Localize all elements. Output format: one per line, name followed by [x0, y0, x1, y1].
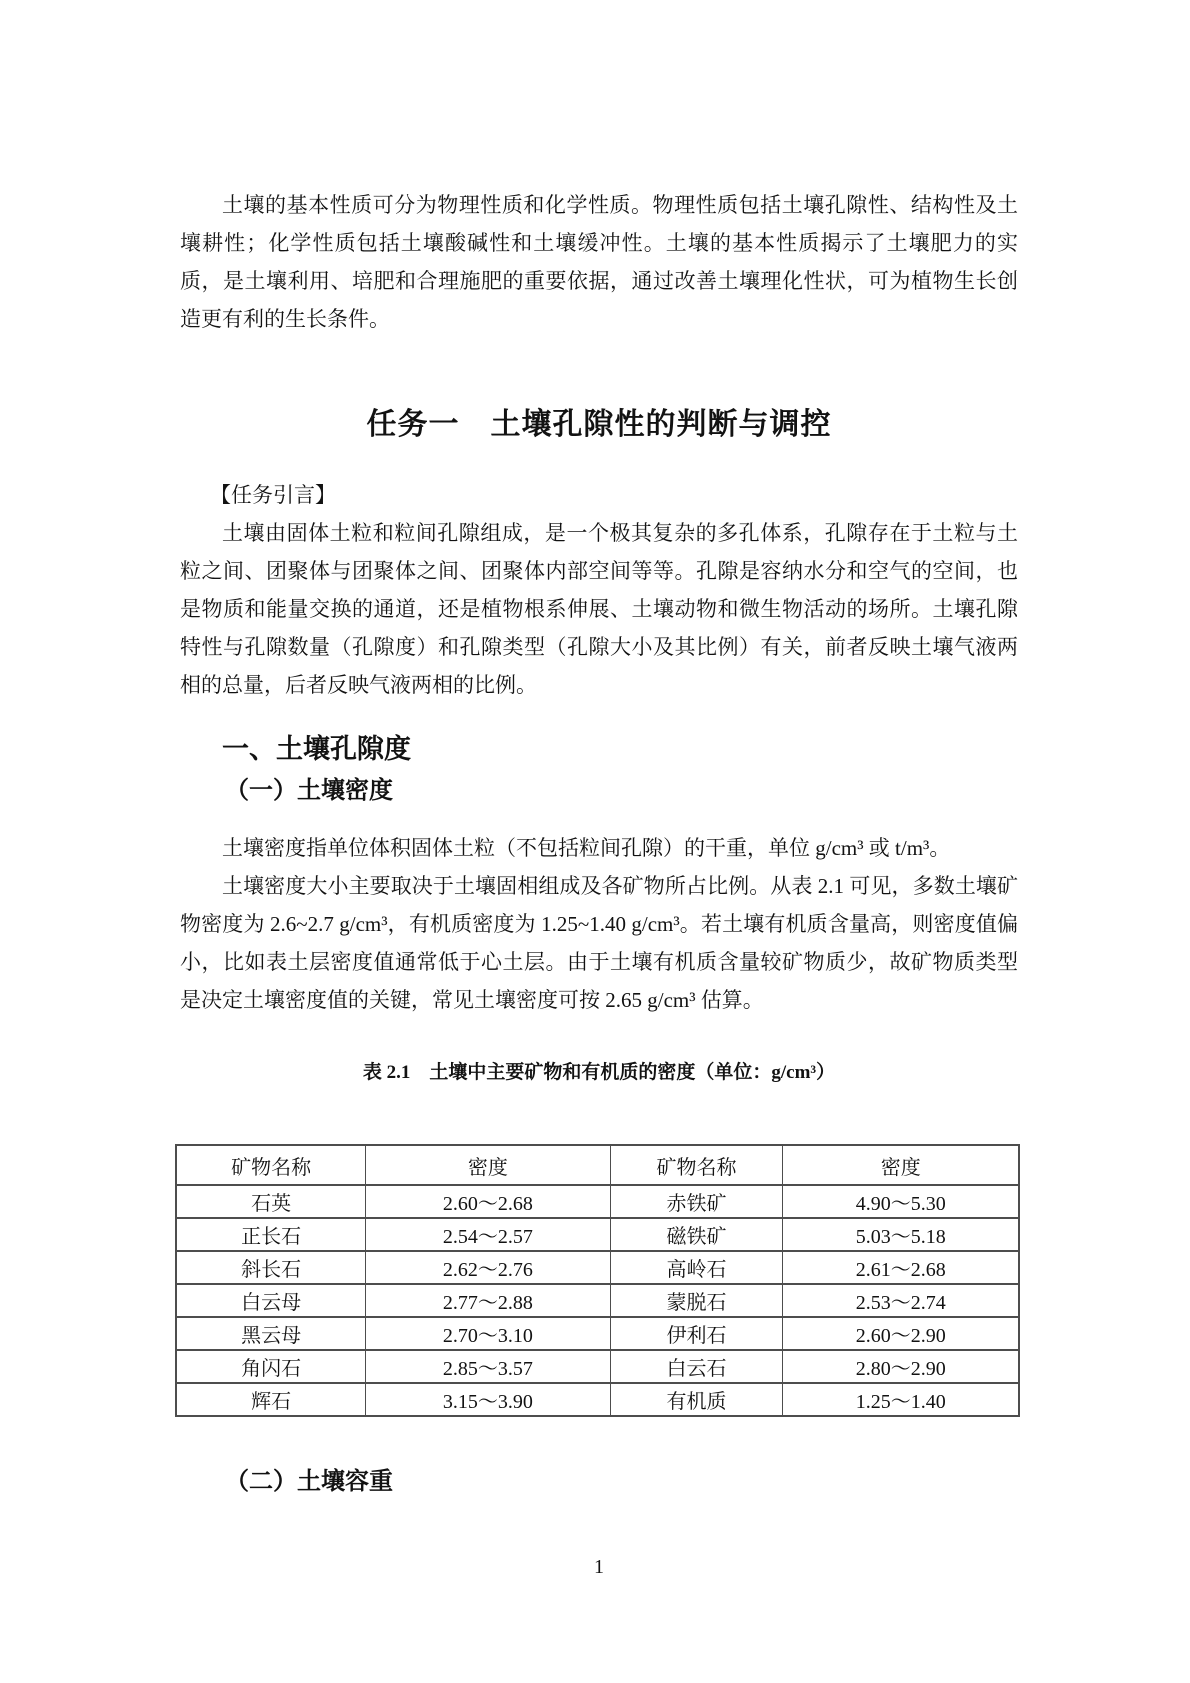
table-cell: 3.15～3.90: [366, 1383, 610, 1416]
table-cell: 有机质: [610, 1383, 783, 1416]
table-cell: 斜长石: [176, 1251, 366, 1284]
table-cell: 2.62～2.76: [366, 1251, 610, 1284]
table-cell: 2.60～2.68: [366, 1185, 610, 1218]
header-mineral-name-2: 矿物名称: [610, 1145, 783, 1185]
intro-paragraph: 土壤的基本性质可分为物理性质和化学性质。物理性质包括土壤孔隙性、结构性及土壤耕性…: [180, 186, 1018, 338]
header-density-2: 密度: [783, 1145, 1019, 1185]
table-cell: 2.60～2.90: [783, 1317, 1019, 1350]
table-cell: 2.53～2.74: [783, 1284, 1019, 1317]
task-title: 任务一 土壤孔隙性的判断与调控: [180, 400, 1018, 450]
minerals-density-table: 矿物名称 密度 矿物名称 密度 石英 2.60～2.68 赤铁矿 4.90～5.…: [175, 1144, 1020, 1417]
section-heading-porosity: 一、土壤孔隙度: [222, 727, 1018, 771]
density-detail-paragraph: 土壤密度大小主要取决于土壤固相组成及各矿物所占比例。从表 2.1 可见，多数土壤…: [180, 867, 1018, 1019]
task-intro-label: 【任务引言】: [210, 476, 1018, 514]
table-row: 石英 2.60～2.68 赤铁矿 4.90～5.30: [176, 1185, 1019, 1218]
table-cell: 1.25～1.40: [783, 1383, 1019, 1416]
page-number: 1: [180, 1552, 1018, 1582]
table-cell: 赤铁矿: [610, 1185, 783, 1218]
table-cell: 正长石: [176, 1218, 366, 1251]
table-cell: 角闪石: [176, 1350, 366, 1383]
table-cell: 2.61～2.68: [783, 1251, 1019, 1284]
table-cell: 白云母: [176, 1284, 366, 1317]
table-row: 正长石 2.54～2.57 磁铁矿 5.03～5.18: [176, 1218, 1019, 1251]
header-mineral-name-1: 矿物名称: [176, 1145, 366, 1185]
table-row: 角闪石 2.85～3.57 白云石 2.80～2.90: [176, 1350, 1019, 1383]
table-caption: 表 2.1 土壤中主要矿物和有机质的密度（单位：g/cm³）: [180, 1054, 1018, 1092]
table-cell: 4.90～5.30: [783, 1185, 1019, 1218]
subsection-heading-density: （一）土壤密度: [225, 771, 1018, 811]
document-page: 土壤的基本性质可分为物理性质和化学性质。物理性质包括土壤孔隙性、结构性及土壤耕性…: [0, 0, 1190, 1683]
table-cell: 白云石: [610, 1350, 783, 1383]
page-content: 土壤的基本性质可分为物理性质和化学性质。物理性质包括土壤孔隙性、结构性及土壤耕性…: [180, 0, 1018, 1582]
table-cell: 5.03～5.18: [783, 1218, 1019, 1251]
task-intro-paragraph: 土壤由固体土粒和粒间孔隙组成，是一个极其复杂的多孔体系，孔隙存在于土粒与土粒之间…: [180, 514, 1018, 704]
table-cell: 蒙脱石: [610, 1284, 783, 1317]
table-cell: 2.54～2.57: [366, 1218, 610, 1251]
table-cell: 2.70～3.10: [366, 1317, 610, 1350]
table-cell: 辉石: [176, 1383, 366, 1416]
table-cell: 磁铁矿: [610, 1218, 783, 1251]
density-definition-paragraph: 土壤密度指单位体积固体土粒（不包括粒间孔隙）的干重，单位 g/cm³ 或 t/m…: [180, 829, 1018, 867]
table-row: 黑云母 2.70～3.10 伊利石 2.60～2.90: [176, 1317, 1019, 1350]
table-cell: 伊利石: [610, 1317, 783, 1350]
table-row: 斜长石 2.62～2.76 高岭石 2.61～2.68: [176, 1251, 1019, 1284]
header-density-1: 密度: [366, 1145, 610, 1185]
table-cell: 石英: [176, 1185, 366, 1218]
table-cell: 2.85～3.57: [366, 1350, 610, 1383]
table-cell: 高岭石: [610, 1251, 783, 1284]
subsection-heading-bulk-density: （二）土壤容重: [225, 1462, 1018, 1502]
table-header-row: 矿物名称 密度 矿物名称 密度: [176, 1145, 1019, 1185]
table-row: 白云母 2.77～2.88 蒙脱石 2.53～2.74: [176, 1284, 1019, 1317]
table-cell: 黑云母: [176, 1317, 366, 1350]
table-row: 辉石 3.15～3.90 有机质 1.25～1.40: [176, 1383, 1019, 1416]
table-cell: 2.80～2.90: [783, 1350, 1019, 1383]
table-cell: 2.77～2.88: [366, 1284, 610, 1317]
